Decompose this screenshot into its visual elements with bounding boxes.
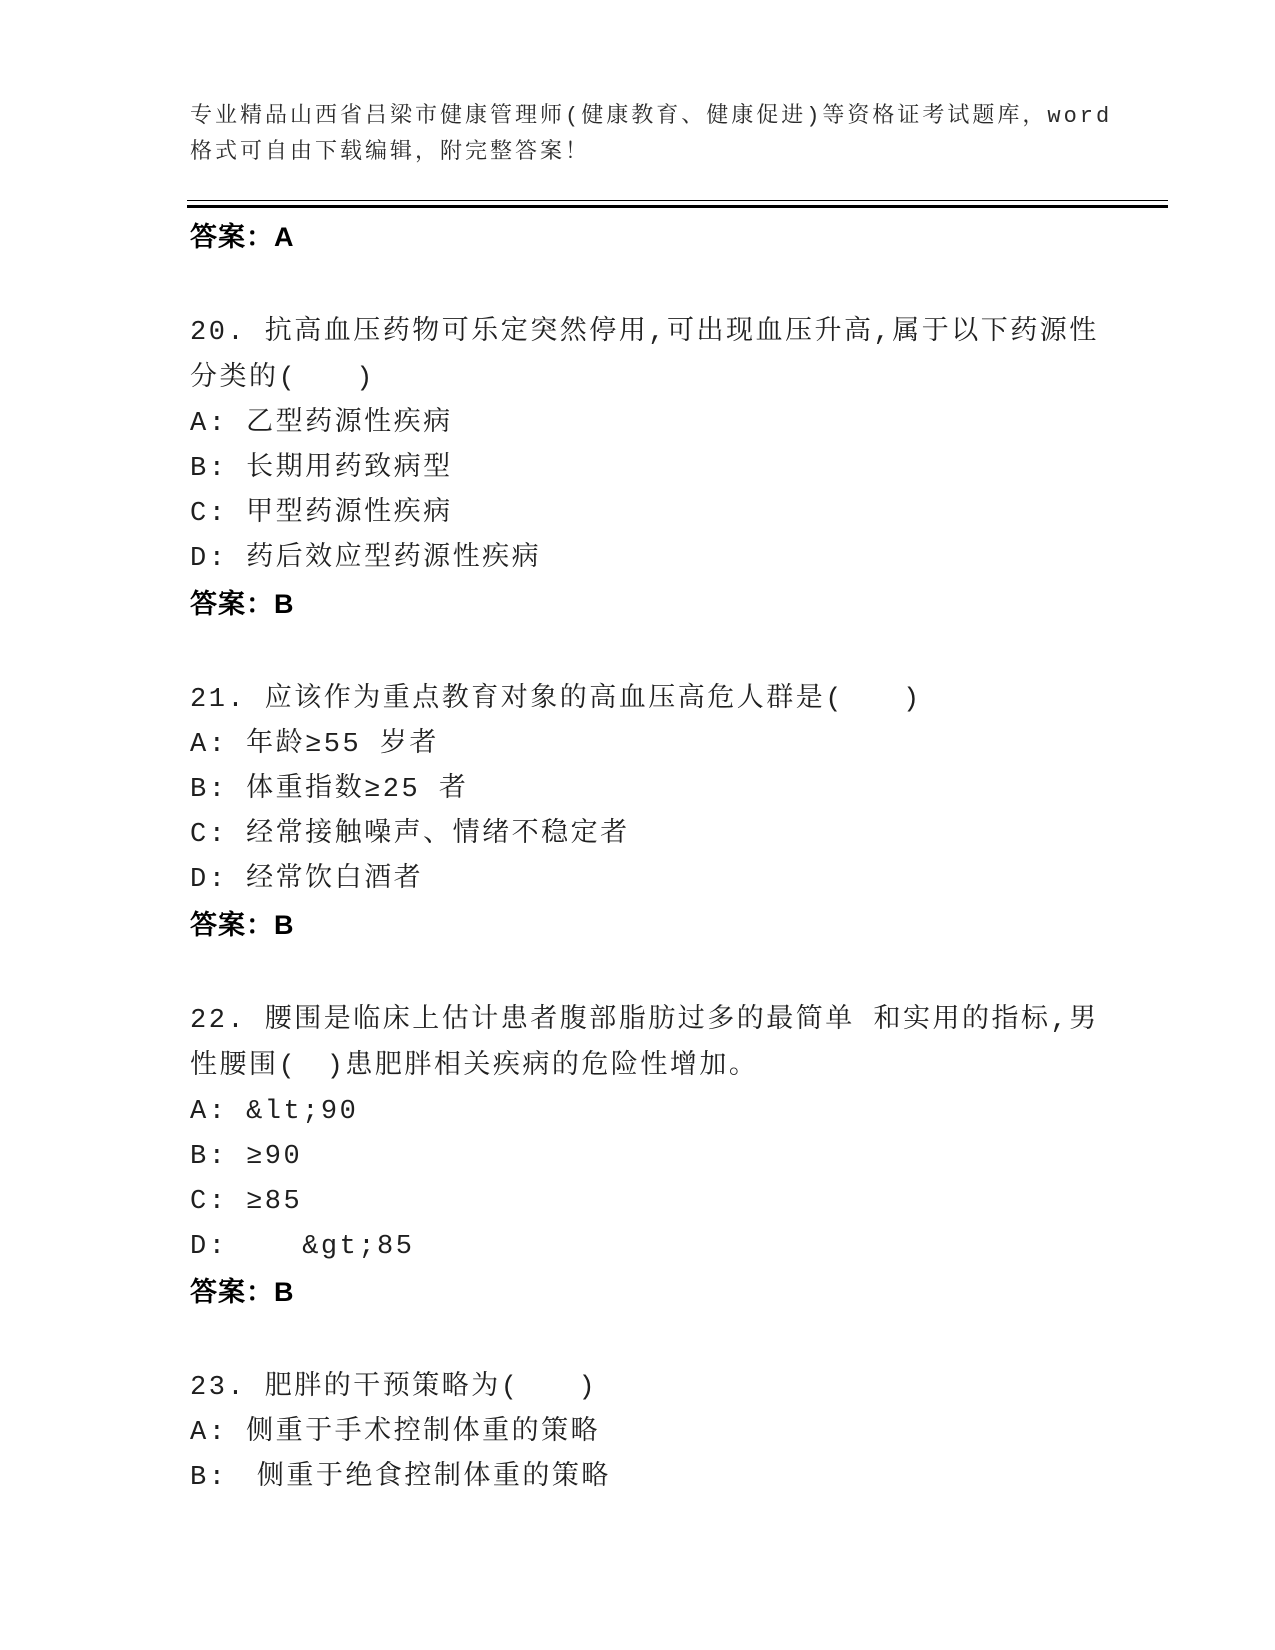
- answer-line: 答案：B: [190, 582, 1275, 627]
- question-text: 23. 肥胖的干预策略为( ): [190, 1365, 1110, 1411]
- question-block-22: 22. 腰围是临床上估计患者腹部脂肪过多的最简单 和实用的指标,男性腰围( )患…: [190, 998, 1275, 1315]
- question-block-20: 20. 抗高血压药物可乐定突然停用,可出现血压升高,属于以下药源性分类的( ) …: [190, 310, 1275, 627]
- header-divider-line: [187, 200, 1168, 208]
- option-d: D: 药后效应型药源性疾病: [190, 537, 1110, 582]
- question-block-21: 21. 应该作为重点教育对象的高血压高危人群是( ) A: 年龄≥55 岁者 B…: [190, 677, 1275, 948]
- question-text: 22. 腰围是临床上估计患者腹部脂肪过多的最简单 和实用的指标,男性腰围( )患…: [190, 998, 1110, 1090]
- answer-line: 答案：B: [190, 1270, 1275, 1315]
- answer-line: 答案：B: [190, 903, 1275, 948]
- option-b: B: 长期用药致病型: [190, 447, 1110, 492]
- option-b: B: 体重指数≥25 者: [190, 768, 1110, 813]
- option-d: D: 经常饮白酒者: [190, 858, 1110, 903]
- option-c: C: 经常接触噪声、情绪不稳定者: [190, 813, 1110, 858]
- option-b: B: 侧重于绝食控制体重的策略: [190, 1456, 1110, 1501]
- document-page: 专业精品山西省吕梁市健康管理师(健康教育、健康促进)等资格证考试题库，word …: [0, 0, 1275, 1650]
- option-a: A: 年龄≥55 岁者: [190, 723, 1110, 768]
- question-text: 21. 应该作为重点教育对象的高血压高危人群是( ): [190, 677, 1110, 723]
- question-block-23: 23. 肥胖的干预策略为( ) A: 侧重于手术控制体重的策略 B: 侧重于绝食…: [190, 1365, 1275, 1501]
- option-a: A: &lt;90: [190, 1090, 1110, 1135]
- option-a: A: 侧重于手术控制体重的策略: [190, 1411, 1110, 1456]
- question-text: 20. 抗高血压药物可乐定突然停用,可出现血压升高,属于以下药源性分类的( ): [190, 310, 1110, 402]
- option-c: C: ≥85: [190, 1180, 1110, 1225]
- answer-line-previous-question: 答案：A: [190, 215, 1275, 260]
- option-b: B: ≥90: [190, 1135, 1110, 1180]
- option-c: C: 甲型药源性疾病: [190, 492, 1110, 537]
- option-a: A: 乙型药源性疾病: [190, 402, 1110, 447]
- option-d: D: &gt;85: [190, 1225, 1110, 1270]
- header-disclaimer-text: 专业精品山西省吕梁市健康管理师(健康教育、健康促进)等资格证考试题库，word …: [190, 99, 1125, 171]
